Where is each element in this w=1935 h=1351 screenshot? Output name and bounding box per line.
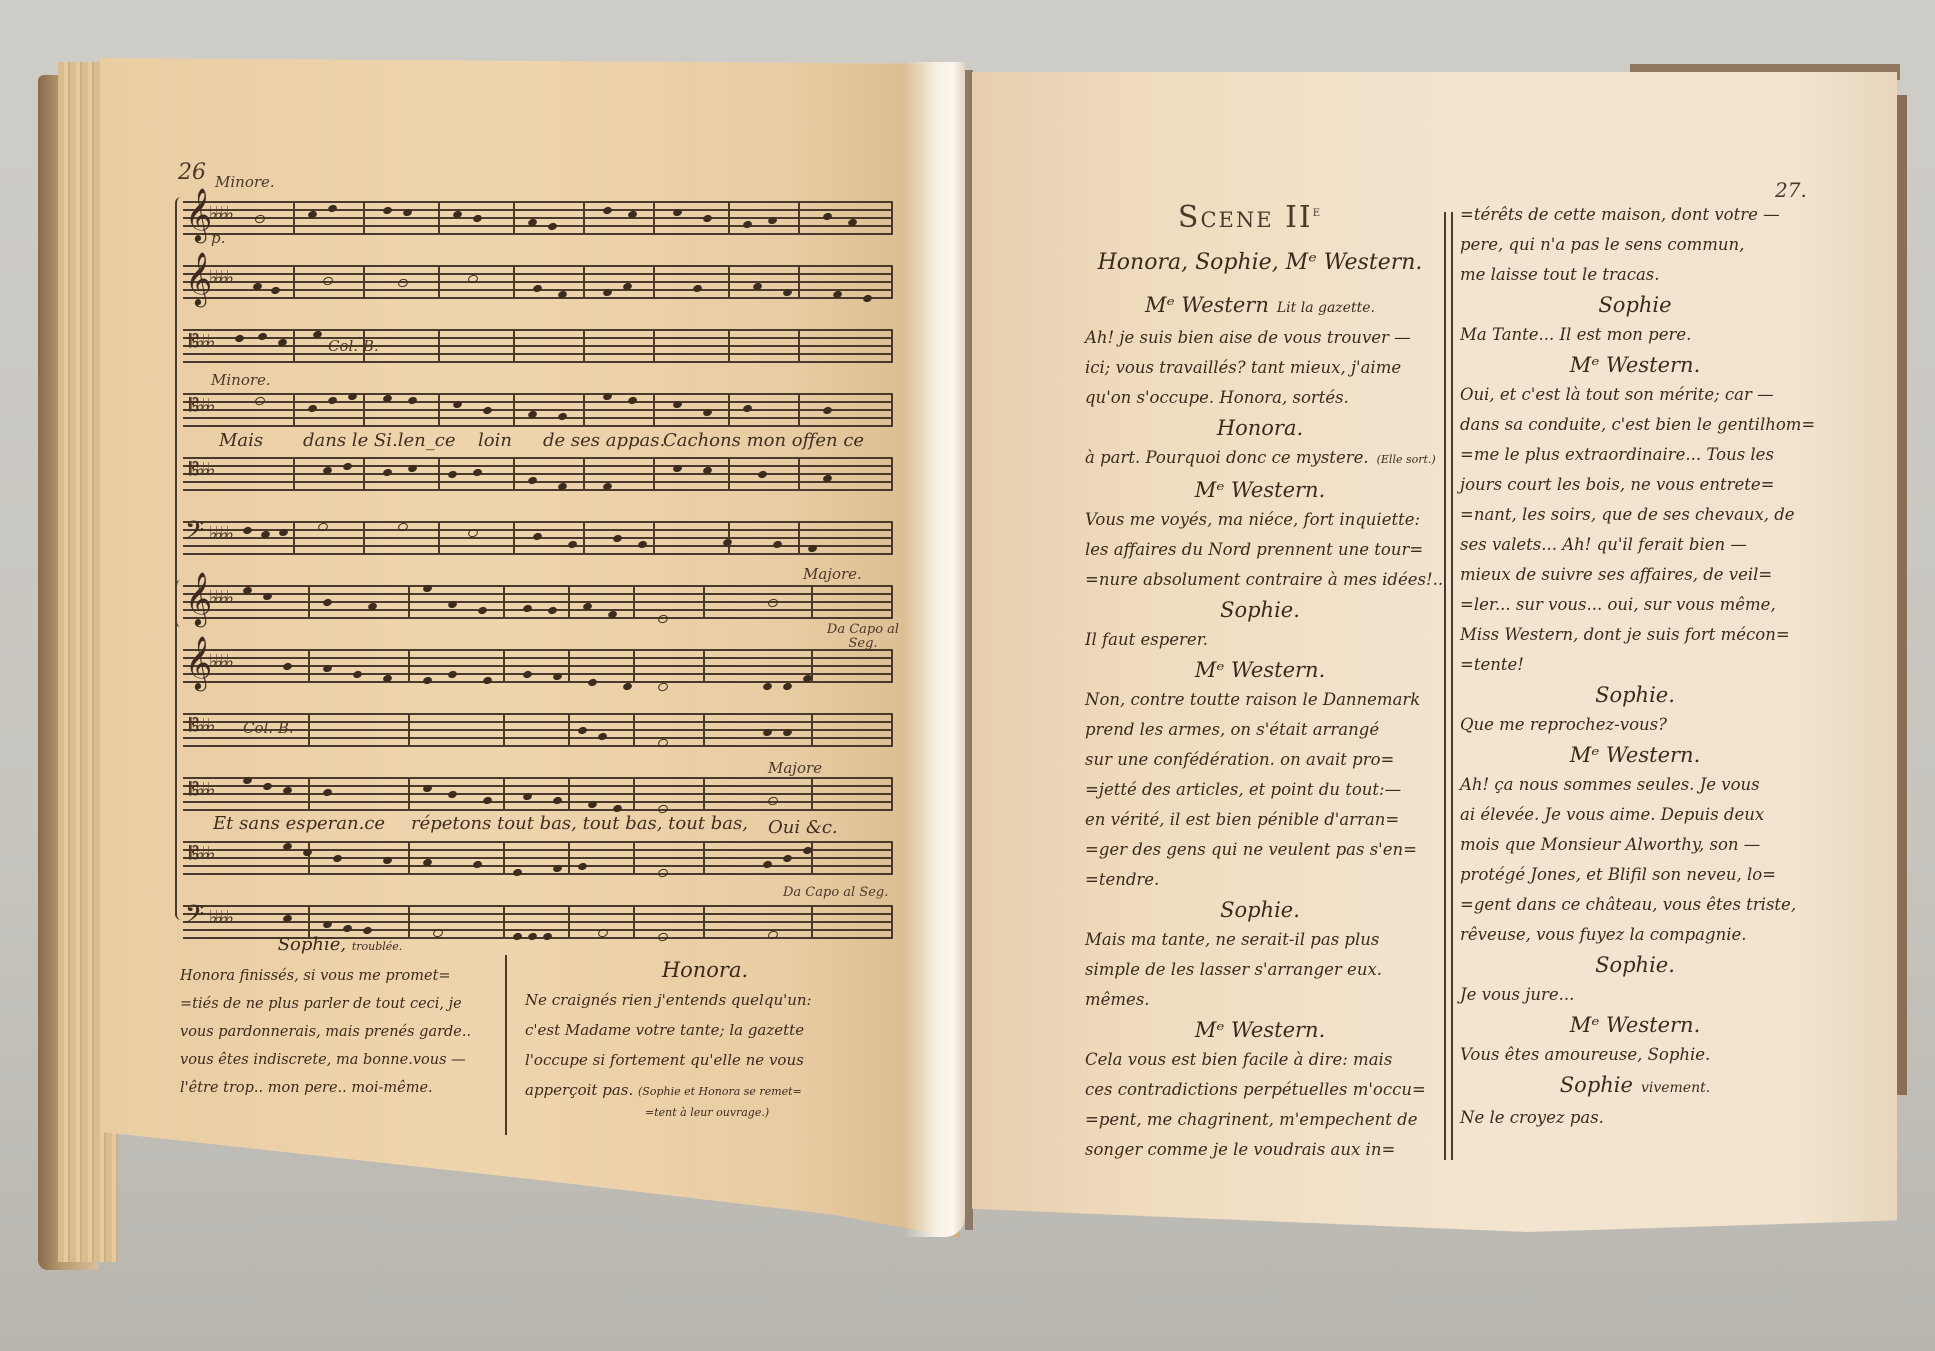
dialogue-line: jours court les bois, ne vous entrete= [1460, 470, 1810, 500]
speaker-name: Honora. [525, 955, 885, 985]
speaker-name: Mᵉ Western. [1460, 350, 1810, 380]
line-text: Cela vous est bien facile à dire: mais [1085, 1050, 1392, 1069]
dialogue-line: =tiés de ne plus parler de tout ceci, je [180, 990, 500, 1018]
line-text: ces contradictions perpétuelles m'occu= [1085, 1080, 1426, 1099]
key-signature: 𝄡♭♭♭ [189, 459, 213, 480]
staff-voice-system-2: 𝄡♭♭♭ Majore [183, 777, 893, 811]
line-text: Ah! je suis bien aise de vous trouver — [1085, 328, 1411, 347]
line-text: Ah! ça nous sommes seules. Je vous [1460, 775, 1760, 794]
line-text: Que me reprochez-vous? [1460, 715, 1667, 734]
line-text: =gent dans ce château, vous êtes triste, [1460, 895, 1796, 914]
dialogue-line: Ah! ça nous sommes seules. Je vous [1460, 770, 1810, 800]
key-signature: 𝄡♭♭♭ [189, 715, 213, 736]
dialogue-line: l'occupe si fortement qu'elle ne vous [525, 1045, 885, 1075]
line-text: me laisse tout le tracas. [1460, 265, 1660, 284]
dialogue-line: Honora finissés, si vous me promet= [180, 962, 500, 990]
dialogue-line: Ne craignés rien j'entends quelqu'un: [525, 985, 885, 1015]
speaker-text: Sophie [1598, 293, 1671, 317]
dialogue-line: mieux de suivre ses affaires, de veil= [1460, 560, 1810, 590]
system-brace [175, 197, 183, 627]
line-text: dans sa conduite, c'est bien le gentilho… [1460, 415, 1815, 434]
staff-basso-1-system-2: 𝄡♭♭♭ [183, 841, 893, 875]
dialogue-line: =pent, me chagrinent, m'empechent de [1085, 1105, 1435, 1135]
tempo-marking: Minore. [215, 173, 275, 191]
line-text: ai élevée. Je vous aime. Depuis deux [1460, 805, 1764, 824]
staff-basso-2: 𝄢♭♭♭♭ [183, 521, 893, 555]
lyric: dans le Si.len_ce [303, 430, 455, 451]
line-text: mêmes. [1085, 990, 1150, 1009]
dialogue-line: protégé Jones, et Blifil son neveu, lo= [1460, 860, 1810, 890]
stage-direction: (Sophie et Honora se remet= [638, 1085, 802, 1098]
line-text: Vous êtes amoureuse, Sophie. [1460, 1045, 1710, 1064]
dialogue-line: ses valets... Ah! qu'il ferait bien — [1460, 530, 1810, 560]
line-text: en vérité, il est bien pénible d'arran= [1085, 810, 1399, 829]
speaker-text: Sophie. [1595, 953, 1675, 977]
dialogue-line: =nant, les soirs, que de ses chevaux, de [1460, 500, 1810, 530]
dialogue-line: pere, qui n'a pas le sens commun, [1460, 230, 1810, 260]
staff-violin-2: 𝄞♭♭♭♭ [183, 265, 893, 299]
line-text: mois que Monsieur Alworthy, son — [1460, 835, 1760, 854]
key-signature: 𝄡♭♭♭ [189, 843, 213, 864]
line-text: Mais ma tante, ne serait-il pas plus [1085, 930, 1379, 949]
book-gutter [965, 70, 973, 1230]
dialogue-line: en vérité, il est bien pénible d'arran= [1085, 805, 1435, 835]
da-capo-marking: Da Capo al Seg. [823, 623, 903, 651]
speaker-text: Sophie. [1220, 598, 1300, 622]
dialogue-line: =ger des gens qui ne veulent pas s'en= [1085, 835, 1435, 865]
speaker-name: Sophie. [1085, 595, 1435, 625]
line-text: Non, contre toutte raison le Dannemark [1085, 690, 1420, 709]
line-text: pere, qui n'a pas le sens commun, [1460, 235, 1744, 254]
speaker-text: Sophie. [1595, 683, 1675, 707]
scene-title-text: Scene II [1178, 200, 1313, 235]
key-signature: ♭♭♭♭ [209, 267, 231, 288]
col-basso-marking: Col. B. [328, 337, 379, 355]
speaker-name: Sophievivement. [1460, 1070, 1810, 1103]
column-divider [505, 955, 507, 1135]
tempo-marking: Minore. [211, 371, 271, 389]
lyric: de ses appas. [543, 430, 665, 451]
line-text: =térêts de cette maison, dont votre — [1460, 205, 1780, 224]
key-signature: ♭♭♭♭ [209, 203, 231, 224]
line-text: sur une confédération. on avait pro= [1085, 750, 1394, 769]
line-text: rêveuse, vous fuyez la compagnie. [1460, 925, 1747, 944]
speaker-name: Mᵉ Western. [1085, 1015, 1435, 1045]
dialogue-line: Ne le croyez pas. [1460, 1103, 1810, 1133]
dialogue-line: mêmes. [1085, 985, 1435, 1015]
speaker-name: Sophie [1460, 290, 1810, 320]
line-text: Je vous jure... [1460, 985, 1574, 1004]
speaker-name: Mᵉ Western. [1085, 655, 1435, 685]
dialogue-honora: Honora. Ne craignés rien j'entends quelq… [525, 955, 885, 1119]
majore-marking: Majore. [803, 565, 862, 583]
bass-clef-icon: 𝄢 [185, 903, 204, 933]
dialogue-line: Ma Tante... Il est mon pere. [1460, 320, 1810, 350]
column-divider [1451, 212, 1453, 1160]
speaker-text: Sophie. [1220, 898, 1300, 922]
key-signature: 𝄡♭♭♭ [189, 331, 213, 352]
dialogue-line: Que me reprochez-vous? [1460, 710, 1810, 740]
key-signature: ♭♭♭♭ [209, 587, 231, 608]
dialogue-line: rêveuse, vous fuyez la compagnie. [1460, 920, 1810, 950]
dialogue-line: =jetté des articles, et point du tout:— [1085, 775, 1435, 805]
staff-violin-1-system-2: 𝄞♭♭♭♭ Majore. [183, 585, 893, 619]
speaker-text: Mᵉ Western. [1570, 1013, 1701, 1037]
dialogue-line: =térêts de cette maison, dont votre — [1460, 200, 1810, 230]
line-text: Miss Western, dont je suis fort mécon= [1460, 625, 1790, 644]
speaker-name: Mᵉ Western. [1460, 1010, 1810, 1040]
dialogue-line: les affaires du Nord prennent une tour= [1085, 535, 1435, 565]
majore-marking: Majore [768, 759, 822, 777]
dialogue-line: Non, contre toutte raison le Dannemark [1085, 685, 1435, 715]
dialogue-line: Oui, et c'est là tout son mérite; car — [1460, 380, 1810, 410]
page-number-right: 27. [1775, 178, 1807, 202]
lyric: loin [478, 430, 512, 451]
line-text: =tente! [1460, 655, 1524, 674]
page-curl-highlight [905, 62, 965, 1237]
speaker-name: Mᵉ Western. [1085, 475, 1435, 505]
dialogue-line: me laisse tout le tracas. [1460, 260, 1810, 290]
scene-title-superscript: e [1313, 204, 1322, 220]
speaker-text: Mᵉ Western. [1195, 658, 1326, 682]
key-signature: ♭♭♭♭ [209, 651, 231, 672]
speaker-name: Sophie. [1460, 950, 1810, 980]
dialogue-line: sur une confédération. on avait pro= [1085, 745, 1435, 775]
line-text: =nant, les soirs, que de ses chevaux, de [1460, 505, 1795, 524]
line-text: =jetté des articles, et point du tout:— [1085, 780, 1401, 799]
staff-voice: 𝄡♭♭♭ [183, 393, 893, 427]
lyric: répetons tout bas, tout bas, tout bas, [411, 813, 748, 834]
speaker-text: Mᵉ Western. [1195, 1018, 1326, 1042]
dialogue-line: =tendre. [1085, 865, 1435, 895]
stage-direction: troublée. [352, 940, 402, 953]
speaker-name: Mᵉ Western. [1460, 740, 1810, 770]
staff-viola: 𝄡♭♭♭ Col. B. [183, 329, 893, 363]
dialogue-line: c'est Madame votre tante; la gazette [525, 1015, 885, 1045]
key-signature: ♭♭♭♭ [209, 523, 231, 544]
speaker-name: Sophie, [278, 934, 346, 955]
speaker-text: Sophie [1560, 1073, 1633, 1097]
dialogue-sophie: Sophie, troublée. Honora finissés, si vo… [180, 930, 500, 1102]
dialogue-line: Miss Western, dont je suis fort mécon= [1460, 620, 1810, 650]
col-basso-marking: Col. B. [243, 719, 294, 737]
speaker-text: Mᵉ Western. [1570, 743, 1701, 767]
speaker-text: Mᵉ Western [1145, 293, 1269, 317]
column-divider [1444, 212, 1446, 1160]
system-brace [175, 580, 183, 920]
dialogue-line: simple de les lasser s'arranger eux. [1085, 955, 1435, 985]
line-text: Il faut esperer. [1085, 630, 1208, 649]
staff-violin-2-system-2: 𝄞♭♭♭♭ [183, 649, 893, 683]
line-text: mieux de suivre ses affaires, de veil= [1460, 565, 1772, 584]
line-text: ses valets... Ah! qu'il ferait bien — [1460, 535, 1747, 554]
dialogue-line: apperçoit pas. [525, 1081, 633, 1099]
staff-viola-system-2: 𝄡♭♭♭ Col. B. [183, 713, 893, 747]
dialogue-line: dans sa conduite, c'est bien le gentilho… [1460, 410, 1810, 440]
dialogue-line: prend les armes, on s'était arrangé [1085, 715, 1435, 745]
dialogue-line: Il faut esperer. [1085, 625, 1435, 655]
stage-direction: Lit la gazette. [1277, 300, 1375, 316]
music-score: Minore. 𝄞♭♭♭♭ p. 𝄞♭♭♭♭ 𝄡♭♭♭ Col. B. Mino… [183, 185, 893, 925]
stage-direction: vivement. [1641, 1080, 1710, 1096]
line-text: Ne le croyez pas. [1460, 1108, 1604, 1127]
line-text: Ma Tante... Il est mon pere. [1460, 325, 1691, 344]
dialogue-line: ai élevée. Je vous aime. Depuis deux [1460, 800, 1810, 830]
line-text: simple de les lasser s'arranger eux. [1085, 960, 1382, 979]
line-text: Vous me voyés, ma niéce, fort inquiette: [1085, 510, 1420, 529]
dialogue-line: ici; vous travaillés? tant mieux, j'aime [1085, 353, 1435, 383]
staff-violin-1: 𝄞♭♭♭♭ [183, 201, 893, 235]
line-text: =ler... sur vous... oui, sur vous même, [1460, 595, 1776, 614]
dialogue-line: =gent dans ce château, vous êtes triste, [1460, 890, 1810, 920]
lyric: Et sans esperan.ce [213, 813, 385, 834]
line-text: à part. Pourquoi donc ce mystere. [1085, 448, 1369, 467]
line-text: ici; vous travaillés? tant mieux, j'aime [1085, 358, 1401, 377]
key-signature: ♭♭♭♭ [209, 907, 231, 928]
dialogue-line: =me le plus extraordinaire... Tous les [1460, 440, 1810, 470]
line-text: =tendre. [1085, 870, 1159, 889]
dialogue-line: vous pardonnerais, mais prenés garde.. [180, 1018, 500, 1046]
speaker-text: Mᵉ Western. [1570, 353, 1701, 377]
dialogue-line: =ler... sur vous... oui, sur vous même, [1460, 590, 1810, 620]
lyric: Cachons mon offen ce [663, 430, 864, 451]
dialogue-column-1: Mᵉ WesternLit la gazette.Ah! je suis bie… [1085, 290, 1435, 1165]
dialogue-line: Vous me voyés, ma niéce, fort inquiette: [1085, 505, 1435, 535]
key-signature: 𝄡♭♭♭ [189, 779, 213, 800]
line-text: jours court les bois, ne vous entrete= [1460, 475, 1774, 494]
dialogue-line: Ah! je suis bien aise de vous trouver — [1085, 323, 1435, 353]
scene-title: Scene IIe [1080, 200, 1420, 235]
dialogue-line: Vous êtes amoureuse, Sophie. [1460, 1040, 1810, 1070]
lyric: Mais [219, 430, 263, 451]
stage-direction: =tent à leur ouvrage.) [525, 1107, 885, 1119]
bass-clef-icon: 𝄢 [185, 519, 204, 549]
speaker-name: Sophie. [1460, 680, 1810, 710]
speaker-name: Mᵉ WesternLit la gazette. [1085, 290, 1435, 323]
dynamic-piano: p. [211, 229, 225, 247]
dialogue-line: ces contradictions perpétuelles m'occu= [1085, 1075, 1435, 1105]
dialogue-line: à part. Pourquoi donc ce mystere.(Elle s… [1085, 443, 1435, 475]
da-capo-marking: Da Capo al Seg. [783, 885, 888, 900]
line-text: =me le plus extraordinaire... Tous les [1460, 445, 1774, 464]
line-text: protégé Jones, et Blifil son neveu, lo= [1460, 865, 1776, 884]
key-signature: 𝄡♭♭♭ [189, 395, 213, 416]
line-text: Oui, et c'est là tout son mérite; car — [1460, 385, 1774, 404]
character-list: Honora, Sophie, Mᵉ Western. [1080, 250, 1440, 275]
dialogue-line: Je vous jure... [1460, 980, 1810, 1010]
dialogue-line: =nure absolument contraire à mes idées!.… [1085, 565, 1435, 595]
dialogue-line: mois que Monsieur Alworthy, son — [1460, 830, 1810, 860]
dialogue-line: =tente! [1460, 650, 1810, 680]
speaker-text: Mᵉ Western. [1195, 478, 1326, 502]
dialogue-column-2: =térêts de cette maison, dont votre —per… [1460, 200, 1810, 1133]
line-text: =ger des gens qui ne veulent pas s'en= [1085, 840, 1417, 859]
line-text: qu'on s'occupe. Honora, sortés. [1085, 388, 1349, 407]
line-text: =nure absolument contraire à mes idées!.… [1085, 570, 1443, 589]
lyric: Oui &c. [768, 817, 838, 838]
speaker-name: Sophie. [1085, 895, 1435, 925]
line-text: les affaires du Nord prennent une tour= [1085, 540, 1423, 559]
dialogue-line: Cela vous est bien facile à dire: mais [1085, 1045, 1435, 1075]
staff-basso-1: 𝄡♭♭♭ [183, 457, 893, 491]
page-number-left: 26 [178, 160, 206, 185]
dialogue-line: vous êtes indiscrete, ma bonne.vous — [180, 1046, 500, 1074]
line-text: prend les armes, on s'était arrangé [1085, 720, 1379, 739]
speaker-text: Honora. [1217, 416, 1303, 440]
dialogue-line: Mais ma tante, ne serait-il pas plus [1085, 925, 1435, 955]
speaker-name: Honora. [1085, 413, 1435, 443]
dialogue-line: l'être trop.. mon pere.. moi-même. [180, 1074, 500, 1102]
line-text: =pent, me chagrinent, m'empechent de [1085, 1110, 1418, 1129]
dialogue-line: songer comme je le voudrais aux in= [1085, 1135, 1435, 1165]
stage-direction: (Elle sort.) [1377, 453, 1436, 466]
line-text: songer comme je le voudrais aux in= [1085, 1140, 1395, 1159]
dialogue-line: qu'on s'occupe. Honora, sortés. [1085, 383, 1435, 413]
